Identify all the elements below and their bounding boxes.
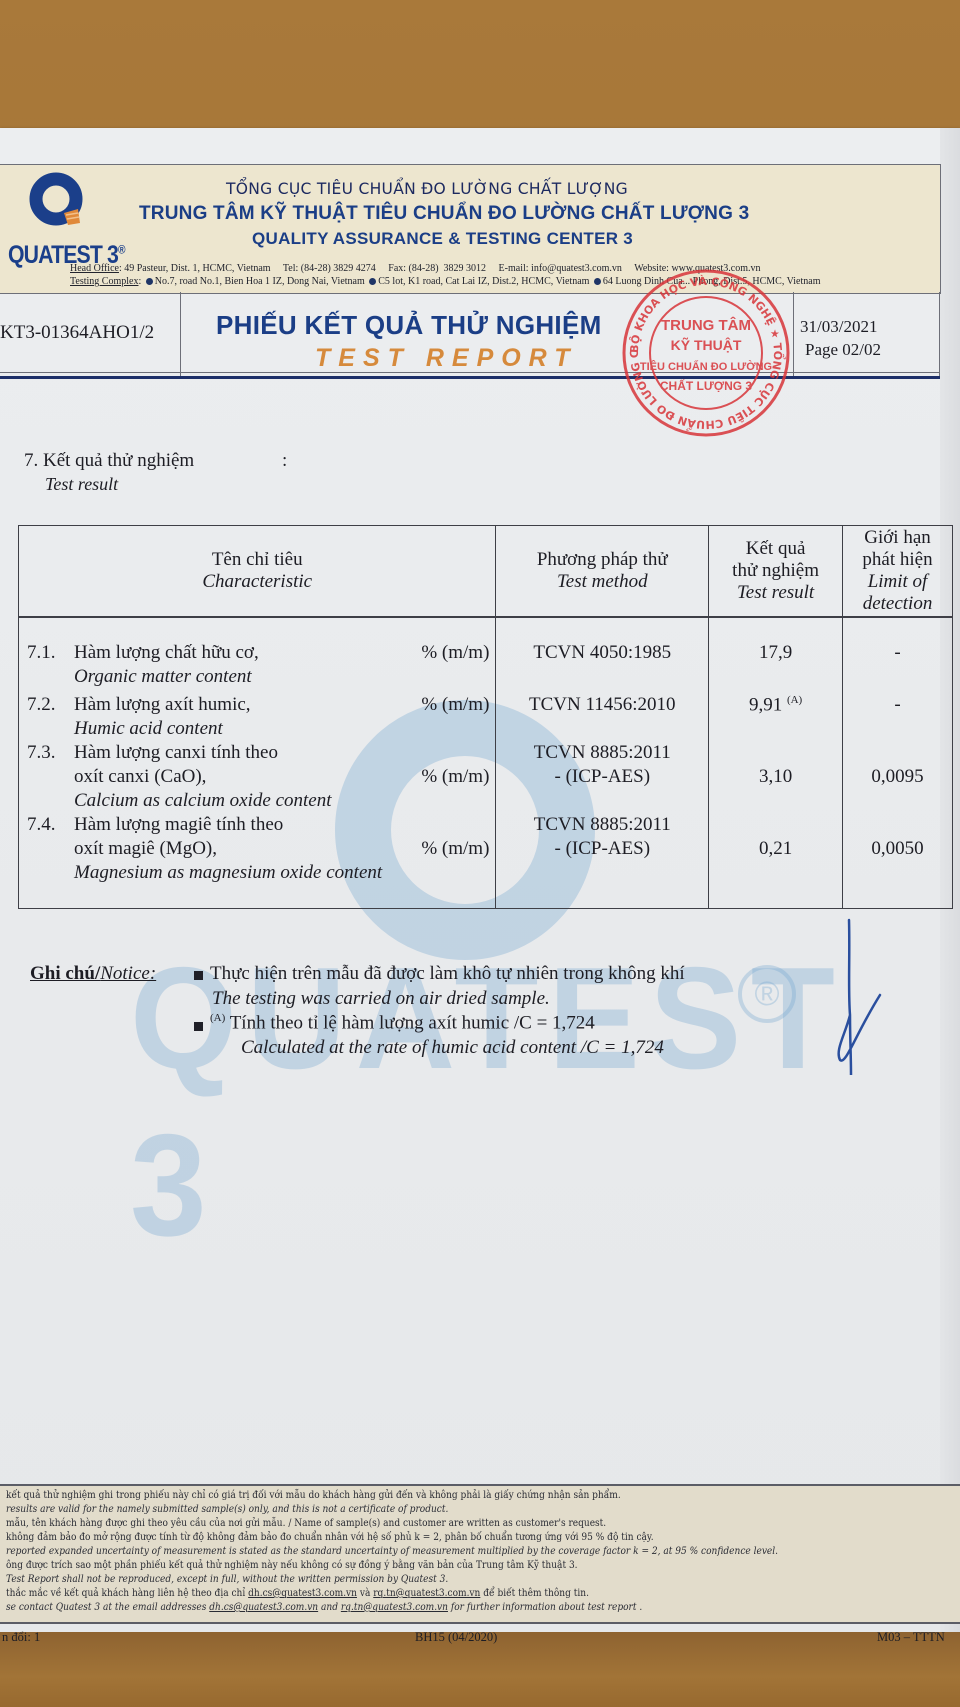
section-colon: : bbox=[282, 450, 287, 472]
notice-bullet-icon bbox=[194, 1022, 203, 1031]
column-header-result: Kết quảthử nghiệmTest result bbox=[709, 526, 843, 618]
footer-disclaimer-box: kết quả thử nghiệm ghi trong phiếu này c… bbox=[0, 1484, 960, 1624]
unit: % (m/m) bbox=[421, 838, 489, 860]
document-code: M03 – TTTN bbox=[877, 1630, 945, 1645]
row-number: 7.1. bbox=[27, 642, 56, 664]
test-method: TCVN 8885:2011 bbox=[496, 814, 708, 836]
email-link-rq-tn[interactable]: rq.tn@quatest3.com.vn bbox=[373, 1587, 480, 1599]
notice-1-en: The testing was carried on air dried sam… bbox=[212, 988, 550, 1010]
characteristic-en: Calcium as calcium oxide content bbox=[74, 790, 332, 812]
email-link-rq-tn[interactable]: rq.tn@quatest3.com.vn bbox=[341, 1601, 448, 1613]
unit: % (m/m) bbox=[421, 642, 489, 664]
footer-contact-vn: thắc mắc về kết quả khách hàng liên hệ t… bbox=[6, 1587, 589, 1599]
row-number: 7.4. bbox=[27, 814, 56, 836]
report-title-vn: PHIẾU KẾT QUẢ THỬ NGHIỆM bbox=[216, 310, 602, 341]
detection-limit: 0,0095 bbox=[843, 766, 952, 788]
letterhead: QUATEST 3® TỔNG CỤC TIÊU CHUẨN ĐO LƯỜNG … bbox=[0, 164, 941, 294]
table-body: 7.1.Hàm lượng chất hữu cơ,Organic matter… bbox=[19, 617, 953, 909]
characteristic-vn: Hàm lượng magiê tính theo bbox=[74, 814, 283, 836]
detection-limit: - bbox=[843, 642, 952, 664]
email-link-dh-cs[interactable]: dh.cs@quatest3.com.vn bbox=[209, 1601, 318, 1613]
method-column: TCVN 4050:1985TCVN 11456:2010TCVN 8885:2… bbox=[496, 617, 709, 909]
row-number: 7.2. bbox=[27, 694, 56, 716]
svg-text:TIÊU CHUẨN ĐO LƯỜNG: TIÊU CHUẨN ĐO LƯỜNG bbox=[640, 360, 772, 373]
lod-column: --0,00950,0050 bbox=[843, 617, 953, 909]
test-method-line2: - (ICP-AES) bbox=[496, 838, 708, 860]
characteristic-vn: Hàm lượng chất hữu cơ, bbox=[74, 642, 259, 664]
quatest-q-icon bbox=[28, 171, 88, 233]
svg-text:TRUNG TÂM: TRUNG TÂM bbox=[661, 316, 751, 334]
result-column: 17,99,91 (A)3,100,21 bbox=[709, 617, 843, 909]
center-name-vn: TRUNG TÂM KỸ THUẬT TIÊU CHUẨN ĐO LƯỜNG C… bbox=[139, 203, 749, 225]
report-title-en: TEST REPORT bbox=[315, 344, 578, 373]
agency-name: TỔNG CỤC TIÊU CHUẨN ĐO LƯỜNG CHẤT LƯỢNG bbox=[226, 179, 628, 198]
row-number: 7.3. bbox=[27, 742, 56, 764]
center-name-en: QUALITY ASSURANCE & TESTING CENTER 3 bbox=[252, 229, 633, 249]
column-header-characteristic: Tên chỉ tiêuCharacteristic bbox=[19, 526, 496, 618]
section-title-en: Test result bbox=[45, 474, 118, 495]
column-header-method: Phương pháp thửTest method bbox=[496, 526, 709, 618]
notice-2-vn: (A) Tính theo tỉ lệ hàm lượng axít humic… bbox=[210, 1012, 595, 1034]
signature bbox=[820, 915, 900, 1075]
svg-text:CHẤT LƯỢNG 3: CHẤT LƯỢNG 3 bbox=[660, 378, 753, 393]
characteristic-vn-line2: oxít magiê (MgO), bbox=[74, 838, 217, 860]
test-method-line2: - (ICP-AES) bbox=[496, 766, 708, 788]
test-result-value: 3,10 bbox=[709, 766, 842, 788]
form-code: BH15 (04/2020) bbox=[415, 1630, 497, 1645]
document-number: KT3-01364AHO1/2 bbox=[0, 322, 154, 344]
table-header-row: Tên chỉ tiêuCharacteristic Phương pháp t… bbox=[19, 526, 953, 618]
notice-1-vn: Thực hiện trên mẫu đã được làm khô tự nh… bbox=[210, 963, 685, 985]
test-method: TCVN 11456:2010 bbox=[496, 694, 708, 716]
notice-label: Ghi chú/Notice: bbox=[30, 963, 156, 985]
test-result-value: 0,21 bbox=[709, 838, 842, 860]
footer-contact-en: se contact Quatest 3 at the email addres… bbox=[6, 1601, 642, 1613]
svg-text:KỸ THUẬT: KỸ THUẬT bbox=[671, 336, 742, 353]
column-header-lod: Giới hạnphát hiệnLimit ofdetection bbox=[843, 526, 953, 618]
test-result-table: Tên chỉ tiêuCharacteristic Phương pháp t… bbox=[18, 525, 953, 909]
section-title-vn: 7. Kết quả thử nghiệm bbox=[24, 450, 194, 472]
test-method: TCVN 8885:2011 bbox=[496, 742, 708, 764]
report-title-bar: KT3-01364AHO1/2 PHIẾU KẾT QUẢ THỬ NGHIỆM… bbox=[0, 292, 940, 379]
page-number: Page 02/02 bbox=[805, 340, 881, 360]
characteristic-vn-line2: oxít canxi (CaO), bbox=[74, 766, 206, 788]
location-icon bbox=[146, 278, 153, 285]
test-method: TCVN 4050:1985 bbox=[496, 642, 708, 664]
email-link-dh-cs[interactable]: dh.cs@quatest3.com.vn bbox=[248, 1587, 357, 1599]
revision-number: n đổi: 1 bbox=[2, 1630, 40, 1645]
characteristic-vn: Hàm lượng axít humic, bbox=[74, 694, 251, 716]
report-footer: kết quả thử nghiệm ghi trong phiếu này c… bbox=[0, 1484, 960, 1629]
notice-bullet-icon bbox=[194, 971, 203, 980]
unit: % (m/m) bbox=[421, 694, 489, 716]
characteristic-en: Magnesium as magnesium oxide content bbox=[74, 862, 382, 884]
location-icon bbox=[369, 278, 376, 285]
unit: % (m/m) bbox=[421, 766, 489, 788]
characteristic-vn: Hàm lượng canxi tính theo bbox=[74, 742, 278, 764]
characteristic-en: Humic acid content bbox=[74, 718, 223, 740]
location-icon bbox=[594, 278, 601, 285]
characteristic-en: Organic matter content bbox=[74, 666, 252, 688]
report-date: 31/03/2021 bbox=[800, 317, 877, 337]
detection-limit: 0,0050 bbox=[843, 838, 952, 860]
characteristic-column: 7.1.Hàm lượng chất hữu cơ,Organic matter… bbox=[19, 617, 496, 909]
test-result-value: 9,91 (A) bbox=[709, 694, 842, 716]
detection-limit: - bbox=[843, 694, 952, 716]
notice-2-en: Calculated at the rate of humic acid con… bbox=[241, 1037, 664, 1059]
official-seal-stamp: BỘ KHOA HỌC VÀ CÔNG NGHỆ ★ TỔNG CỤC TIÊU… bbox=[621, 268, 791, 438]
test-result-value: 17,9 bbox=[709, 642, 842, 664]
